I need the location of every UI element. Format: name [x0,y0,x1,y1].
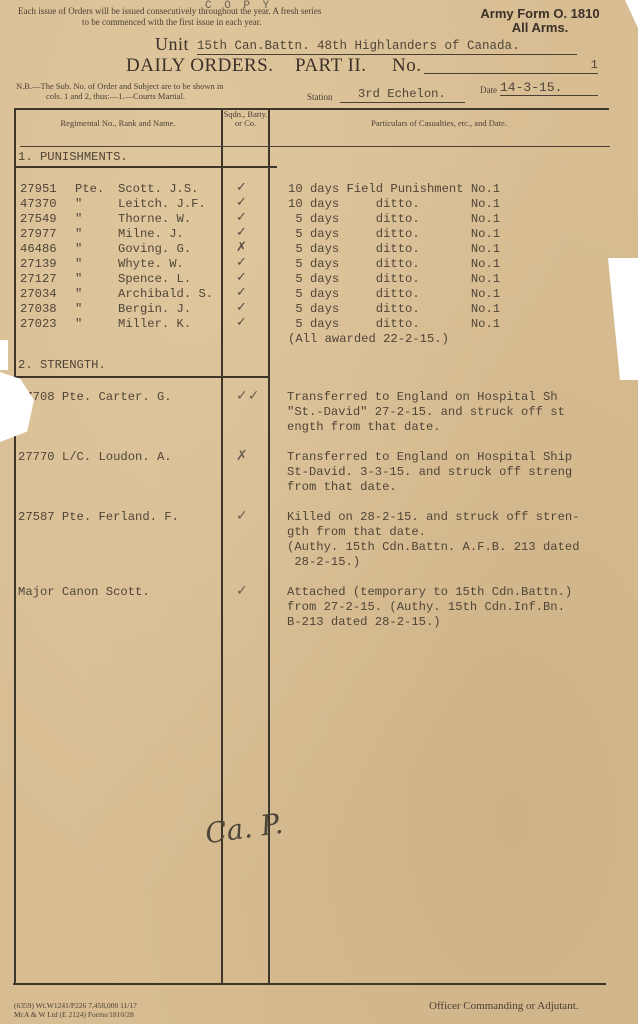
punishments-name-column: Scott. J.S.Leitch. J.F.Thorne. W.Milne. … [118,182,213,332]
particulars-line: Transferred to England on Hospital Sh [287,390,565,405]
particulars-line: (Authy. 15th Cdn.Battn. A.F.B. 213 dated [287,540,580,555]
particulars-text: 5 days ditto. No.1 [288,272,500,287]
column-divider-1 [221,108,223,985]
particulars-text: 5 days ditto. No.1 [288,287,500,302]
nb-line-2: cols. 1 and 2, thus:—1.—Courts Martial. [46,91,185,102]
punishments-note: (All awarded 22-2-15.) [288,332,449,347]
column-header-sqdn: Sqdn., Batty. or Co. [223,110,268,128]
order-no-value: 1 [424,58,598,74]
particulars-line: ength from that date. [287,420,565,435]
strength-particulars: Killed on 28-2-15. and struck off stren-… [287,510,580,570]
notice-line-2: to be commenced with the first issue in … [82,17,261,28]
particulars-text: 5 days ditto. No.1 [288,212,500,227]
check-mark-icon: ✓ [236,285,247,300]
punishments-mark-column: ✓✓✓✓✗✓✓✓✓✓ [236,180,247,330]
form-number-text: Army Form O. 1810 [460,7,620,21]
rank: " [75,287,104,302]
rank: " [75,227,104,242]
rank: Pte. [75,182,104,197]
print-line-2: McA & W Ltd (E 2124) Forms/1810/28 [14,1010,134,1019]
strength-particulars: Attached (temporary to 15th Cdn.Battn.)f… [287,585,572,630]
table-left-border [14,108,16,985]
particulars-line: "St.-David" 27-2-15. and struck off st [287,405,565,420]
punishments-particulars-column: 10 days Field Punishment No.110 days dit… [288,182,500,332]
date-label: Date [480,85,497,96]
regimental-number: 27549 [20,212,57,227]
order-no-label: No. [392,55,421,77]
regimental-number: 46486 [20,242,57,257]
cross-mark-icon: ✗ [236,448,248,464]
station-value: 3rd Echelon. [340,87,465,103]
particulars-line: Transferred to England on Hospital Ship [287,450,572,465]
particulars-line: gth from that date. [287,525,580,540]
torn-edge-left-small [0,340,8,370]
regimental-number: 27038 [20,302,57,317]
copy-stamp: C O P Y [205,0,272,12]
check-mark-icon: ✓ [236,270,247,285]
punishments-regno-column: 2795147370275492797746486271392712727034… [20,182,57,332]
section-title-strength: 2. STRENGTH. [18,358,106,373]
part-label: PART II. [295,55,367,77]
check-mark-icon: ✓ [236,195,247,210]
rank: " [75,242,104,257]
column-header-particulars: Particulars of Casualties, etc., and Dat… [270,119,608,128]
soldier-name: Miller. K. [118,317,213,332]
check-mark-icon: ✓ [236,255,247,270]
soldier-name: Milne. J. [118,227,213,242]
form-scope-text: All Arms. [460,21,620,35]
particulars-text: 5 days ditto. No.1 [288,302,500,317]
section-title-punishments: 1. PUNISHMENTS. [18,150,128,165]
form-number: Army Form O. 1810 All Arms. [460,7,620,35]
station-label: Station [307,92,333,103]
strength-particulars: Transferred to England on Hospital Sh"St… [287,390,565,435]
check-mark-icon: ✓ [236,180,247,195]
particulars-text: 5 days ditto. No.1 [288,227,500,242]
particulars-line: Killed on 28-2-15. and struck off stren- [287,510,580,525]
strength-entry-name: Major Canon Scott. [18,585,150,600]
soldier-name: Bergin. J. [118,302,213,317]
soldier-name: Whyte. W. [118,257,213,272]
soldier-name: Scott. J.S. [118,182,213,197]
regimental-number: 27951 [20,182,57,197]
regimental-number: 27023 [20,317,57,332]
rank: " [75,272,104,287]
soldier-name: Goving. G. [118,242,213,257]
table-bottom-border [13,983,606,985]
strength-entry-name: 27770 L/C. Loudon. A. [18,450,172,465]
page-title: DAILY ORDERS. [126,55,273,77]
particulars-text: 10 days ditto. No.1 [288,197,500,212]
soldier-name: Spence. L. [118,272,213,287]
particulars-text: 5 days ditto. No.1 [288,242,500,257]
section-2-underline [15,376,268,378]
check-mark-icon: ✓ [236,300,247,315]
regimental-number: 47370 [20,197,57,212]
check-mark-icon: ✓ [236,583,248,599]
strength-entry-name: 27587 Pte. Ferland. F. [18,510,179,525]
particulars-text: 5 days ditto. No.1 [288,257,500,272]
particulars-line: from 27-2-15. (Authy. 15th Cdn.Inf.Bn. [287,600,572,615]
regimental-number: 27139 [20,257,57,272]
signatory-label: Officer Commanding or Adjutant. [429,1001,579,1012]
unit-label: Unit [155,34,189,55]
column-header-regimental: Regimental No., Rank and Name. [15,119,221,128]
particulars-line: 28-2-15.) [287,555,580,570]
soldier-name: Leitch. J.F. [118,197,213,212]
particulars-line: B-213 dated 28-2-15.) [287,615,572,630]
rank: " [75,257,104,272]
check-mark-icon: ✓ [236,210,247,225]
header-underline [20,146,610,147]
particulars-text: 5 days ditto. No.1 [288,317,500,332]
check-mark-icon: ✓ [236,508,248,524]
check-mark-icon: ✓ [236,225,247,240]
date-value: 14-3-15. [500,80,598,96]
strength-entry-name: 27708 Pte. Carter. G. [18,390,172,405]
regimental-number: 27977 [20,227,57,242]
particulars-line: St-David. 3-3-15. and struck off streng [287,465,572,480]
cross-mark-icon: ✗ [236,240,247,255]
unit-value: 15th Can.Battn. 48th Highlanders of Cana… [197,39,577,55]
table-top-border [15,108,609,110]
particulars-text: 10 days Field Punishment No.1 [288,182,500,197]
column-divider-2 [268,108,270,985]
rank: " [75,302,104,317]
rank: " [75,212,104,227]
soldier-name: Archibald. S. [118,287,213,302]
regimental-number: 27127 [20,272,57,287]
regimental-number: 27034 [20,287,57,302]
section-1-underline [15,166,277,168]
notice-line-1: Each issue of Orders will be issued cons… [18,6,321,17]
particulars-line: Attached (temporary to 15th Cdn.Battn.) [287,585,572,600]
particulars-line: from that date. [287,480,572,495]
rank: " [75,317,104,332]
soldier-name: Thorne. W. [118,212,213,227]
rank: " [75,197,104,212]
double-check-mark-icon: ✓✓ [236,388,259,404]
punishments-rank-column: Pte.""""""""" [75,182,104,332]
check-mark-icon: ✓ [236,315,247,330]
strength-particulars: Transferred to England on Hospital ShipS… [287,450,572,495]
print-line-1: (6359) Wt.W1241/P226 7,458,000 11/17 [14,1001,137,1010]
